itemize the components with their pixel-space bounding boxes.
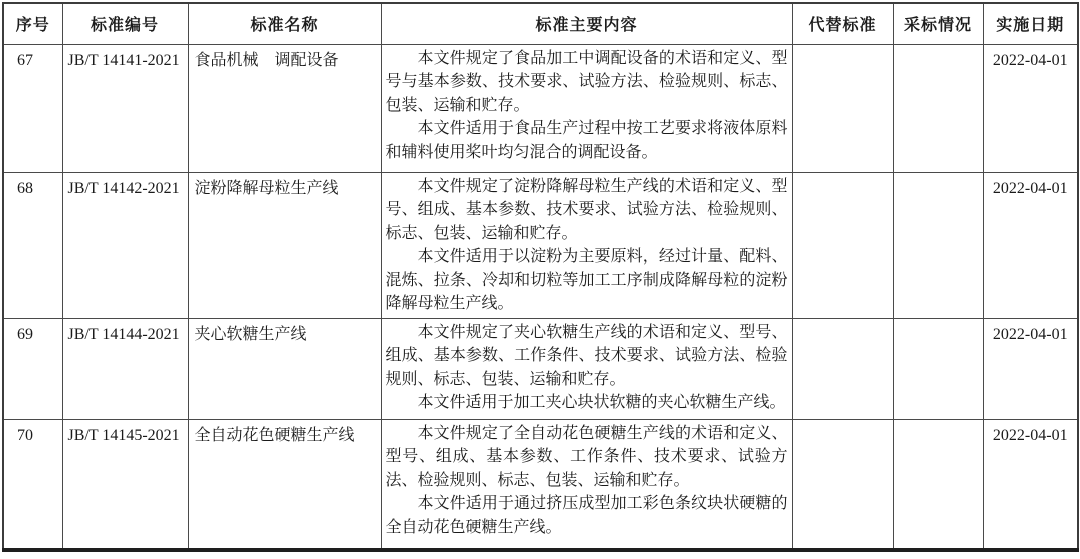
standards-table-page: 序号 标准编号 标准名称 标准主要内容 代替标准 采标情况 实施日期 67 JB… bbox=[0, 0, 1080, 559]
cell-implementation-date: 2022-04-01 bbox=[983, 172, 1078, 318]
cell-main-content: 本文件规定了全自动花色硬糖生产线的术语和定义、型号、组成、基本参数、工作条件、技… bbox=[381, 419, 792, 550]
content-scope-paragraph: 本文件规定了食品加工中调配设备的术语和定义、型号与基本参数、技术要求、试验方法、… bbox=[386, 47, 788, 118]
table-header-row: 序号 标准编号 标准名称 标准主要内容 代替标准 采标情况 实施日期 bbox=[3, 3, 1078, 44]
table-row: 69 JB/T 14144-2021 夹心软糖生产线 本文件规定了夹心软糖生产线… bbox=[3, 318, 1078, 419]
cell-standard-name: 食品机械 调配设备 bbox=[188, 44, 381, 172]
table-row: 67 JB/T 14141-2021 食品机械 调配设备 本文件规定了食品加工中… bbox=[3, 44, 1078, 172]
standards-table: 序号 标准编号 标准名称 标准主要内容 代替标准 采标情况 实施日期 67 JB… bbox=[2, 2, 1079, 552]
cell-replaced-standard bbox=[792, 419, 893, 550]
content-application-paragraph: 本文件适用于以淀粉为主要原料，经过计量、配料、混炼、拉条、冷却和切粒等加工工序制… bbox=[386, 245, 788, 316]
content-scope-paragraph: 本文件规定了淀粉降解母粒生产线的术语和定义、型号、组成、基本参数、技术要求、试验… bbox=[386, 175, 788, 246]
col-header-replaced-standard: 代替标准 bbox=[792, 3, 893, 44]
content-scope-paragraph: 本文件规定了夹心软糖生产线的术语和定义、型号、组成、基本参数、工作条件、技术要求… bbox=[386, 321, 788, 392]
content-application-paragraph: 本文件适用于加工夹心块状软糖的夹心软糖生产线。 bbox=[386, 391, 788, 415]
cell-seq: 69 bbox=[3, 318, 62, 419]
cell-implementation-date: 2022-04-01 bbox=[983, 419, 1078, 550]
table-row: 70 JB/T 14145-2021 全自动花色硬糖生产线 本文件规定了全自动花… bbox=[3, 419, 1078, 550]
cell-adoption-status bbox=[893, 44, 983, 172]
cell-standard-name: 全自动花色硬糖生产线 bbox=[188, 419, 381, 550]
cell-seq: 70 bbox=[3, 419, 62, 550]
cell-seq: 68 bbox=[3, 172, 62, 318]
content-application-paragraph: 本文件适用于食品生产过程中按工艺要求将液体原料和辅料使用桨叶均匀混合的调配设备。 bbox=[386, 117, 788, 164]
col-header-implementation-date: 实施日期 bbox=[983, 3, 1078, 44]
col-header-seq: 序号 bbox=[3, 3, 62, 44]
cell-implementation-date: 2022-04-01 bbox=[983, 318, 1078, 419]
col-header-main-content: 标准主要内容 bbox=[381, 3, 792, 44]
cell-standard-name: 夹心软糖生产线 bbox=[188, 318, 381, 419]
cell-standard-code: JB/T 14142-2021 bbox=[62, 172, 188, 318]
cell-replaced-standard bbox=[792, 44, 893, 172]
content-application-paragraph: 本文件适用于通过挤压成型加工彩色条纹块状硬糖的全自动花色硬糖生产线。 bbox=[386, 492, 788, 539]
cell-adoption-status bbox=[893, 419, 983, 550]
cell-main-content: 本文件规定了夹心软糖生产线的术语和定义、型号、组成、基本参数、工作条件、技术要求… bbox=[381, 318, 792, 419]
cell-replaced-standard bbox=[792, 172, 893, 318]
table-row: 68 JB/T 14142-2021 淀粉降解母粒生产线 本文件规定了淀粉降解母… bbox=[3, 172, 1078, 318]
cell-main-content: 本文件规定了食品加工中调配设备的术语和定义、型号与基本参数、技术要求、试验方法、… bbox=[381, 44, 792, 172]
cell-adoption-status bbox=[893, 172, 983, 318]
col-header-adoption-status: 采标情况 bbox=[893, 3, 983, 44]
cell-seq: 67 bbox=[3, 44, 62, 172]
cell-replaced-standard bbox=[792, 318, 893, 419]
cell-implementation-date: 2022-04-01 bbox=[983, 44, 1078, 172]
cell-standard-code: JB/T 14144-2021 bbox=[62, 318, 188, 419]
content-scope-paragraph: 本文件规定了全自动花色硬糖生产线的术语和定义、型号、组成、基本参数、工作条件、技… bbox=[386, 422, 788, 493]
cell-standard-code: JB/T 14141-2021 bbox=[62, 44, 188, 172]
cell-main-content: 本文件规定了淀粉降解母粒生产线的术语和定义、型号、组成、基本参数、技术要求、试验… bbox=[381, 172, 792, 318]
cell-standard-name: 淀粉降解母粒生产线 bbox=[188, 172, 381, 318]
cell-standard-code: JB/T 14145-2021 bbox=[62, 419, 188, 550]
cell-adoption-status bbox=[893, 318, 983, 419]
col-header-standard-name: 标准名称 bbox=[188, 3, 381, 44]
col-header-standard-code: 标准编号 bbox=[62, 3, 188, 44]
